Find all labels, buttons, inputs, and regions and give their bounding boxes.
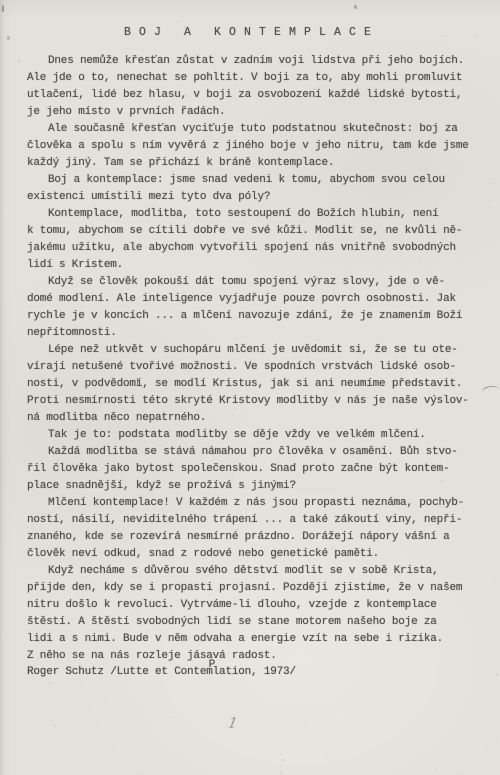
text-line: Mlčení kontemplace! V každém z nás jsou …	[27, 495, 489, 512]
text-line: člověk neví odkud, snad z rodové nebo ge…	[27, 546, 489, 563]
text-line: štěstí. A štěstí svobodných lidí se stan…	[27, 614, 489, 631]
text-line: přijde den, kdy se i propasti projasní. …	[27, 580, 489, 597]
text-line: nitru došlo k revoluci. Vytrváme-li dlou…	[27, 597, 489, 614]
text-line: řil člověka jako bytost společenskou. Sn…	[27, 461, 489, 478]
text-line: rychle je v koncích ... a mlčení navozuj…	[27, 308, 489, 325]
document-title: B O J A K O N T E M P L A C E	[124, 26, 372, 39]
text-line: k tomu, abychom se cítili dobře ve své k…	[27, 223, 489, 240]
typewriter-ink-blot	[137, 378, 138, 385]
text-line: Když se člověk pokouší dát tomu spojení …	[27, 274, 489, 291]
text-line: znaného, kde se rozevírá nesmírné prázdn…	[27, 529, 489, 546]
paragraph: Ale současně křesťan vyciťuje tuto podst…	[27, 121, 489, 172]
text-line: lidi a s nimi. Bude v něm odvaha a energ…	[27, 631, 489, 648]
handwritten-page-mark: 1	[227, 713, 240, 732]
text-line: ná modlitba něco nepatrného.	[27, 410, 489, 427]
text-line: ností, násilí, neviditelného trápení ...…	[27, 512, 489, 529]
text-line: Dnes nemůže křesťan zůstat v zadním voji…	[27, 53, 489, 70]
paragraph: Lépe než utkvět v suchopáru mlčení je uv…	[27, 342, 489, 427]
text-line: nepřítomnosti.	[27, 325, 489, 342]
paragraph: Boj a kontemplace: jsme snad vedeni k to…	[27, 172, 489, 206]
paragraph: Kontemplace, modlitba, toto sestoupení d…	[27, 206, 489, 274]
author-attribution: Roger Schutz /Lutte et ContemPlation, 19…	[27, 664, 296, 681]
paragraph: Když necháme s důvěrou svého dětství mod…	[27, 563, 489, 665]
document-body: Dnes nemůže křesťan zůstat v zadním voji…	[27, 53, 489, 665]
text-line: Tak je to: podstata modlitby se děje vžd…	[27, 427, 489, 444]
paragraph: Tak je to: podstata modlitby se děje vžd…	[27, 427, 489, 444]
text-line: Proti nesmírnosti této skryté Kristovy m…	[27, 393, 489, 410]
text-line: Lépe než utkvět v suchopáru mlčení je uv…	[27, 342, 489, 359]
scan-edge-artifact	[2, 5, 4, 12]
text-line: každý jiný. Tam se přichází k bráně kont…	[27, 155, 489, 172]
text-line: Když necháme s důvěrou svého dětství mod…	[27, 563, 489, 580]
text-line: Ale jde o to, nenechat se pohltit. V boj…	[27, 70, 489, 87]
text-line: vírají netušené tvořivé možnosti. Ve spo…	[27, 359, 489, 376]
text-line: utlačení, lidé bez hlasu, v boji za osvo…	[27, 87, 489, 104]
scan-speck-artifact	[354, 5, 357, 9]
text-line: člověka a spolu s ním vyvěrá z jiného bo…	[27, 138, 489, 155]
text-line: jakému užitku, ale abychom vytvořili spo…	[27, 240, 489, 257]
paragraph: Mlčení kontemplace! V každém z nás jsou …	[27, 495, 489, 563]
text-line: je jeho místo v prvních řadách.	[27, 104, 489, 121]
text-line: Každá modlitba se stává námahou pro člov…	[27, 444, 489, 461]
scan-edge-artifact	[7, 36, 10, 40]
text-line: nosti, v podvědomí, se modlí Kristus, ja…	[27, 376, 489, 393]
text-line: Z něho se na nás rozleje jásavá radost.	[27, 648, 489, 665]
text-line: Ale současně křesťan vyciťuje tuto podst…	[27, 121, 489, 138]
attribution-text-pre: Roger Schutz /Lutte et Contem	[27, 666, 213, 678]
text-line: place snadnější, když se prožívá s jiným…	[27, 478, 489, 495]
text-line: domé modlení. Ale inteligence vyjadřuje …	[27, 291, 489, 308]
text-line: lidí s Kristem.	[27, 257, 489, 274]
paragraph: Když se člověk pokouší dát tomu spojení …	[27, 274, 489, 342]
scanned-page: B O J A K O N T E M P L A C E Dnes nemůž…	[0, 0, 500, 775]
text-line: Boj a kontemplace: jsme snad vedeni k to…	[27, 172, 489, 189]
paragraph: Každá modlitba se stává námahou pro člov…	[27, 444, 489, 495]
text-line: Kontemplace, modlitba, toto sestoupení d…	[27, 206, 489, 223]
attribution-text-post: lation, 1973/	[213, 666, 296, 678]
paragraph: Dnes nemůže křesťan zůstat v zadním voji…	[27, 53, 489, 121]
text-line: existenci umístili mezi tyto dva póly?	[27, 189, 489, 206]
